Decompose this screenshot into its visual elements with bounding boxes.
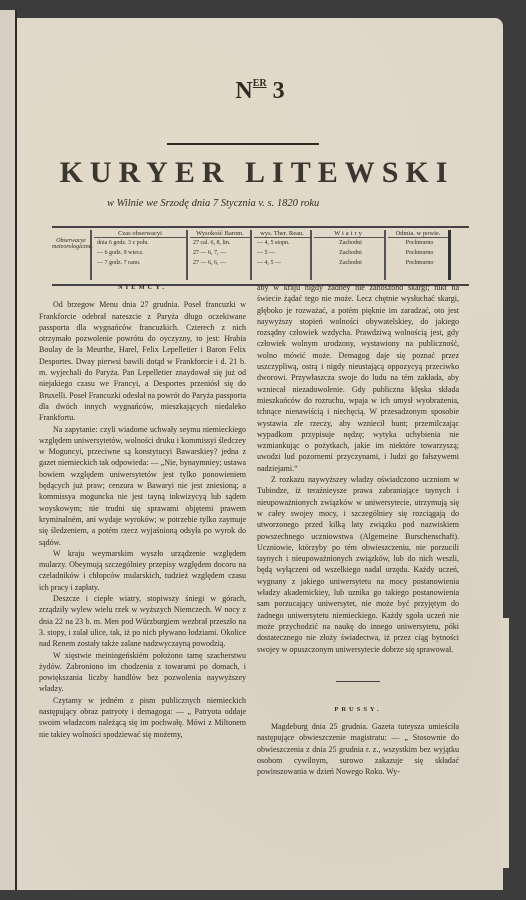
time-row: — 6 godz. 9 wiecz. bbox=[94, 248, 186, 258]
section-divider bbox=[336, 681, 380, 682]
barometer-row: 27 — 6, 6, — bbox=[190, 258, 250, 268]
thermometer-column: wys. Ther. Reau. — 4, 5 stopn. — 5 — — 4… bbox=[254, 230, 312, 280]
torn-edge bbox=[501, 618, 509, 868]
article-paragraph: W kraju weymarskim wyszło urządzenie wzg… bbox=[39, 548, 246, 593]
number-sup: ER bbox=[253, 78, 267, 89]
article-paragraph: Deszcze i ciepłe wiatry, stopiwszy śnieg… bbox=[39, 593, 246, 649]
article-paragraph: Magdeburg dnia 25 grudnia. Gazeta tuteys… bbox=[257, 721, 459, 777]
article-paragraph: W xięstwie meiningeńskiém położono tamę … bbox=[39, 650, 246, 695]
time-header: Czas obserwacyi bbox=[94, 230, 186, 238]
sky-row: Pochmurno bbox=[388, 238, 448, 248]
time-column: Czas obserwacyi dnia 6 godz. 3 z połu. —… bbox=[94, 230, 188, 280]
wind-row: Zachodni bbox=[314, 258, 384, 268]
article-paragraph: Czytamy w jedném z pism publicznych niem… bbox=[39, 695, 246, 740]
number-prefix: N bbox=[235, 78, 252, 104]
newspaper-page: NER 3 KURYER LITEWSKI w Wilnie we Srzodę… bbox=[17, 18, 503, 890]
sky-row: Pochmurno bbox=[388, 248, 448, 258]
weather-observation-table: Obserwacye meteorologiczne. Czas obserwa… bbox=[52, 226, 469, 286]
weather-label: Obserwacye meteorologiczne. bbox=[52, 230, 92, 280]
dateline: w Wilnie we Srzodę dnia 7 Stycznia v. s.… bbox=[107, 198, 319, 209]
article-paragraph: aby w kraju nigdy żadney nie zanoszono s… bbox=[257, 282, 459, 474]
left-article-column: NIEMCY. Od brzegow Menu dnia 27 grudnia.… bbox=[39, 282, 246, 740]
article-paragraph: Od brzegow Menu dnia 27 grudnia. Poseł f… bbox=[39, 299, 246, 423]
sky-header: Odmia. w powie. bbox=[388, 230, 448, 238]
thermometer-row: — 4, 5 — bbox=[254, 258, 310, 268]
time-row: dnia 6 godz. 3 z połu. bbox=[94, 238, 186, 248]
wind-header: Wiatry bbox=[314, 230, 384, 238]
barometer-column: Wysokość Barom. 27 cal. 6, 8, lin. 27 — … bbox=[190, 230, 252, 280]
section-heading-prussy: PRUSSY. bbox=[257, 704, 459, 715]
section-heading-niemcy: NIEMCY. bbox=[39, 282, 246, 293]
wind-column: Wiatry Zachodni Zachodni Zachodni bbox=[314, 230, 386, 280]
masthead-rule bbox=[167, 143, 319, 145]
issue-number: NER 3 bbox=[17, 78, 503, 105]
article-paragraph: Na zapytanie: czyli wiadome uchwały seym… bbox=[39, 424, 246, 548]
wind-row: Zachodni bbox=[314, 238, 384, 248]
barometer-row: 27 — 6, 7, — bbox=[190, 248, 250, 258]
thermometer-row: — 5 — bbox=[254, 248, 310, 258]
adjacent-page-edge bbox=[0, 10, 17, 890]
newspaper-title: KURYER LITEWSKI bbox=[47, 156, 467, 190]
barometer-row: 27 cal. 6, 8, lin. bbox=[190, 238, 250, 248]
sky-row: Pochmurno bbox=[388, 258, 448, 268]
thermometer-row: — 4, 5 stopn. bbox=[254, 238, 310, 248]
number-value: 3 bbox=[273, 78, 285, 104]
time-row: — 7 godz. 7 rano. bbox=[94, 258, 186, 268]
sky-column: Odmia. w powie. Pochmurno Pochmurno Poch… bbox=[388, 230, 451, 280]
right-article-column: aby w kraju nigdy żadney nie zanoszono s… bbox=[257, 282, 459, 778]
wind-row: Zachodni bbox=[314, 248, 384, 258]
article-paragraph: Z rozkazu naywyższey władzy oświadczono … bbox=[257, 474, 459, 655]
thermometer-header: wys. Ther. Reau. bbox=[254, 230, 310, 238]
barometer-header: Wysokość Barom. bbox=[190, 230, 250, 238]
